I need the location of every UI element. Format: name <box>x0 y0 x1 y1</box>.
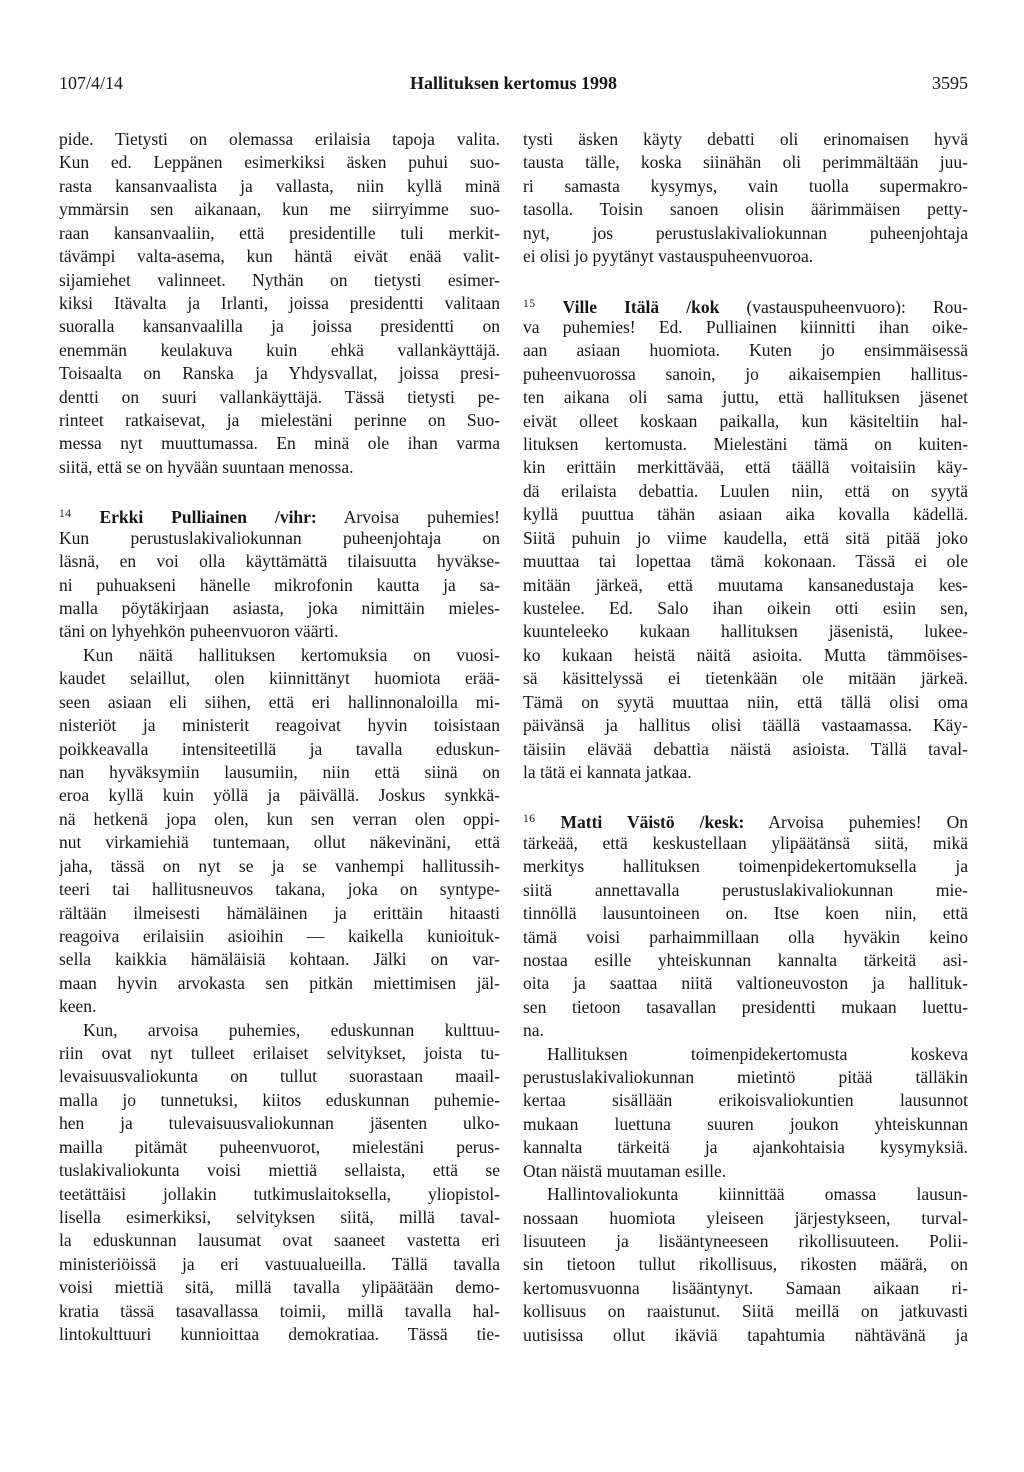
text-line: ni puhuakseni hänelle mikrofonin kautta … <box>59 574 500 597</box>
text-line: pide. Tietysti on olemassa erilaisia tap… <box>59 128 500 151</box>
text-line: tasolla. Toisin sanoen olisin äärimmäise… <box>523 198 968 221</box>
text-line: sijamiehet valinneet. Nythän on tietysti… <box>59 269 500 292</box>
text-columns: pide. Tietysti on olemassa erilaisia tap… <box>59 128 968 1347</box>
text-line: ymmärsin sen aikanaan, kun me siirryimme… <box>59 198 500 221</box>
paragraph: Kun näitä hallituksen kertomuksia on vuo… <box>59 644 500 1019</box>
text-line: poikkeavalla intensiteetillä ja tavalla … <box>59 738 500 761</box>
text-line: sä käsittelyssä ei tietenkään ole mitään… <box>523 667 968 690</box>
text-line: Siitä puhuin jo viime kaudella, että sit… <box>523 527 968 550</box>
text-line: levaisuusvaliokunta on tullut suorastaan… <box>59 1065 500 1088</box>
text-line: aan asiaan huomiota. Kuten jo ensimmäise… <box>523 339 968 362</box>
text-line: tysti äsken käyty debatti oli erinomaise… <box>523 128 968 151</box>
document-title: Hallituksen kertomus 1998 <box>286 72 741 95</box>
text-line: nostaa esille yhteiskunnan kannalta tärk… <box>523 949 968 972</box>
paragraph: Hallintovaliokunta kiinnittää omassa lau… <box>523 1183 968 1347</box>
speaker-name: Matti Väistö /kesk: <box>561 812 745 831</box>
text-line: va puhemies! Ed. Pulliainen kiinnitti ih… <box>523 316 968 339</box>
text-line: Kun ed. Leppänen esimerkiksi äsken puhui… <box>59 151 500 174</box>
text-line: kin erittäin merkittävää, että täällä vo… <box>523 456 968 479</box>
text-line: dä erilaista debattia. Luulen niin, että… <box>523 480 968 503</box>
text-line: nä hetkenä jopa olen, kun sen verran ole… <box>59 808 500 831</box>
text-line: Kun näitä hallituksen kertomuksia on vuo… <box>59 644 500 667</box>
column-right: tysti äsken käyty debatti oli erinomaise… <box>523 128 968 1347</box>
speaker-name: Ville Itälä /kok <box>563 297 720 316</box>
text-line: kyllä puuttua tähän asiaan aika kovalla … <box>523 503 968 526</box>
text-line: tärkeää, että keskustellaan ylipäätänsä … <box>523 832 968 855</box>
text-line: nan hyväksymiin lausumiin, niin että sii… <box>59 761 500 784</box>
text-line: rältään ilmeisesti hämäläinen ja erittäi… <box>59 902 500 925</box>
text-line: 14 Erkki Pulliainen /vihr: Arvoisa puhem… <box>59 503 500 526</box>
speech-number: 16 <box>523 813 536 825</box>
text-line: tausta tälle, koska siinähän oli perimmä… <box>523 151 968 174</box>
text-line: siitä annettavalla perustuslakivaliokunn… <box>523 879 968 902</box>
paragraph: tysti äsken käyty debatti oli erinomaise… <box>523 128 968 269</box>
text-line: raan kansanvaaliin, että presidentille t… <box>59 222 500 245</box>
text-line: perustuslakivaliokunnan mietintö pitää t… <box>523 1066 968 1089</box>
text-line: täni on lyhyehkön puheenvuoron väärti. <box>59 620 500 643</box>
text-line: eivät olleet koskaan paikalla, kun käsit… <box>523 410 968 433</box>
text-line: la tätä ei kannata jatkaa. <box>523 761 968 784</box>
paragraph: pide. Tietysti on olemassa erilaisia tap… <box>59 128 500 479</box>
text-line: ten aikana oli sama juttu, että hallituk… <box>523 386 968 409</box>
text-line: lisella esimerkiksi, selvityksen siitä, … <box>59 1206 500 1229</box>
text-line: läsnä, en voi olla käyttämättä tilaisuut… <box>59 550 500 573</box>
text-line: muuttaa tai lopettaa tämä kokonaan. Täss… <box>523 550 968 573</box>
text-line: puheenvuorossa sanoin, jo aikaisempien h… <box>523 363 968 386</box>
text-line: nut virkamiehiä tuntemaan, ollut näkevin… <box>59 831 500 854</box>
text-line: rasta kansanvaalista ja vallasta, niin k… <box>59 175 500 198</box>
text-line: kannalta tärkeitä ja ajankohtaisia kysym… <box>523 1136 968 1159</box>
text-line: kuunteleeko kukaan hallituksen jäsenistä… <box>523 620 968 643</box>
text-line: oita ja saattaa niitä valtioneuvoston ja… <box>523 972 968 995</box>
text-line: tinnöllä lausuntoineen on. Itse koen nii… <box>523 902 968 925</box>
text-line: kratia tässä tasavallassa toimii, millä … <box>59 1300 500 1323</box>
text-line: nyt, jos perustuslakivaliokunnan puheenj… <box>523 222 968 245</box>
text-line: ei olisi jo pyytänyt vastauspuheenvuoroa… <box>523 245 968 268</box>
text-line: teeri tai hallitusneuvos takana, joka on… <box>59 878 500 901</box>
text-line: jaha, tässä on nyt se ja se vanhempi hal… <box>59 855 500 878</box>
text-line: Toisaalta on Ranska ja Yhdysvallat, jois… <box>59 362 500 385</box>
text-line: lintokulttuuri kunnioittaa demokratiaa. … <box>59 1323 500 1346</box>
text-line: maan hyvin arvokasta sen pitkän miettimi… <box>59 972 500 995</box>
page-header: 107/4/14 Hallituksen kertomus 1998 3595 <box>59 72 968 95</box>
text-line: täisiin elävää debattia näistä asioista.… <box>523 738 968 761</box>
text-line: kertaa sisällään erikoisvaliokuntien lau… <box>523 1089 968 1112</box>
text-line: siitä, että se on hyvään suuntaan menoss… <box>59 456 500 479</box>
text-line: kustelee. Ed. Salo ihan oikein otti esii… <box>523 597 968 620</box>
text-line: mukaan luettuna suuren joukon yhteiskunn… <box>523 1113 968 1136</box>
text-line: mitään järkeä, että muutama kansanedusta… <box>523 574 968 597</box>
text-line: voisi miettiä sitä, millä tavalla ylipää… <box>59 1276 500 1299</box>
text-line: kiksi Itävalta ja Irlanti, joissa presid… <box>59 292 500 315</box>
page-number: 3595 <box>741 72 968 95</box>
text-line: merkitys hallituksen toimenpidekertomuks… <box>523 855 968 878</box>
speech-paragraph: 16 Matti Väistö /kesk: Arvoisa puhemies!… <box>523 808 968 1042</box>
text-line: rinteet ratkaisevat, ja mielestäni perin… <box>59 409 500 432</box>
speech-paragraph: 15 Ville Itälä /kok (vastauspuheenvuoro)… <box>523 293 968 785</box>
scanned-document-page: 107/4/14 Hallituksen kertomus 1998 3595 … <box>0 0 1024 1472</box>
speech-number: 15 <box>523 298 536 310</box>
doc-reference: 107/4/14 <box>59 72 286 95</box>
text-line: teetättäisi jollakin tutkimuslaitoksella… <box>59 1183 500 1206</box>
text-line: Hallintovaliokunta kiinnittää omassa lau… <box>523 1183 968 1206</box>
text-line: päivänsä ja hallitus olisi täällä vastaa… <box>523 714 968 737</box>
text-line: kaudet selaillut, olen kiinnittänyt huom… <box>59 667 500 690</box>
text-line: Tämä on syytä muuttaa niin, että tällä o… <box>523 691 968 714</box>
text-line: seen asiaan eli siihen, että eri hallinn… <box>59 691 500 714</box>
text-line: lisuuteen ja lisääntyneeseen rikollisuut… <box>523 1230 968 1253</box>
speech-paragraph: 14 Erkki Pulliainen /vihr: Arvoisa puhem… <box>59 503 500 644</box>
text-line: Kun, arvoisa puhemies, eduskunnan kulttu… <box>59 1019 500 1042</box>
text-line: sin tietoon tullut rikollisuus, rikosten… <box>523 1253 968 1276</box>
text-line: tävämpi valta-asema, kun häntä eivät enä… <box>59 245 500 268</box>
text-line: riin ovat nyt tulleet erilaiset selvityk… <box>59 1042 500 1065</box>
text-line: Kun perustuslakivaliokunnan puheenjohtaj… <box>59 527 500 550</box>
text-line: la eduskunnan lausumat ovat saaneet vast… <box>59 1229 500 1252</box>
text-line: nisteriöt ja ministerit reagoivat hyvin … <box>59 714 500 737</box>
text-line: eroa kyllä kuin yöllä ja päivällä. Josku… <box>59 784 500 807</box>
text-line: ri samasta kysymys, vain tuolla supermak… <box>523 175 968 198</box>
text-line: dentti on suuri vallankäyttäjä. Tässä ti… <box>59 386 500 409</box>
text-line: enemmän keulakuva kuin ehkä vallankäyttä… <box>59 339 500 362</box>
text-line: malla pöytäkirjaan asiasta, joka nimittä… <box>59 597 500 620</box>
text-line: ministeriöissä ja eri vastuualueilla. Tä… <box>59 1253 500 1276</box>
text-line: Otan näistä muutaman esille. <box>523 1160 968 1183</box>
text-line: kollisuus on raaistunut. Siitä meillä on… <box>523 1300 968 1323</box>
text-line: mailla pitämät puheenvuorot, mielestäni … <box>59 1136 500 1159</box>
paragraph: Kun, arvoisa puhemies, eduskunnan kulttu… <box>59 1019 500 1347</box>
speech-number: 14 <box>59 508 72 520</box>
text-line: messa nyt muuttumassa. En minä ole ihan … <box>59 432 500 455</box>
column-left: pide. Tietysti on olemassa erilaisia tap… <box>59 128 500 1347</box>
text-line: ko kukaan heistä näitä asioita. Mutta tä… <box>523 644 968 667</box>
text-line: tuslakivaliokunta voisi miettiä sellaist… <box>59 1159 500 1182</box>
text-line: reagoiva erilaisiin asioihin — kaikella … <box>59 925 500 948</box>
text-line: sella kaikkia hämäläisiä kohtaan. Jälki … <box>59 948 500 971</box>
text-line: lituksen kertomusta. Mielestäni tämä on … <box>523 433 968 456</box>
text-line: uutisissa ollut ikäviä tapahtumia nähtäv… <box>523 1324 968 1347</box>
text-line: Hallituksen toimenpidekertomusta koskeva <box>523 1043 968 1066</box>
text-line: malla jo tunnetuksi, kiitos eduskunnan p… <box>59 1089 500 1112</box>
text-line: hen ja tulevaisuusvaliokunnan jäsenten u… <box>59 1112 500 1135</box>
text-line: keen. <box>59 995 500 1018</box>
text-line: kertomusvuonna lisääntynyt. Samaan aikaa… <box>523 1277 968 1300</box>
paragraph: Hallituksen toimenpidekertomusta koskeva… <box>523 1043 968 1184</box>
text-line: nossaan huomiota yleiseen järjestykseen,… <box>523 1207 968 1230</box>
text-line: 16 Matti Väistö /kesk: Arvoisa puhemies!… <box>523 808 968 831</box>
text-line: sen tietoon tasavallan presidentti mukaa… <box>523 996 968 1019</box>
text-line: suoralla kansanvaalilla ja joissa presid… <box>59 315 500 338</box>
text-line: 15 Ville Itälä /kok (vastauspuheenvuoro)… <box>523 293 968 316</box>
text-line: tämä voisi parhaimmillaan olla hyväkin k… <box>523 926 968 949</box>
speaker-name: Erkki Pulliainen /vihr: <box>99 507 316 526</box>
text-line: na. <box>523 1019 968 1042</box>
